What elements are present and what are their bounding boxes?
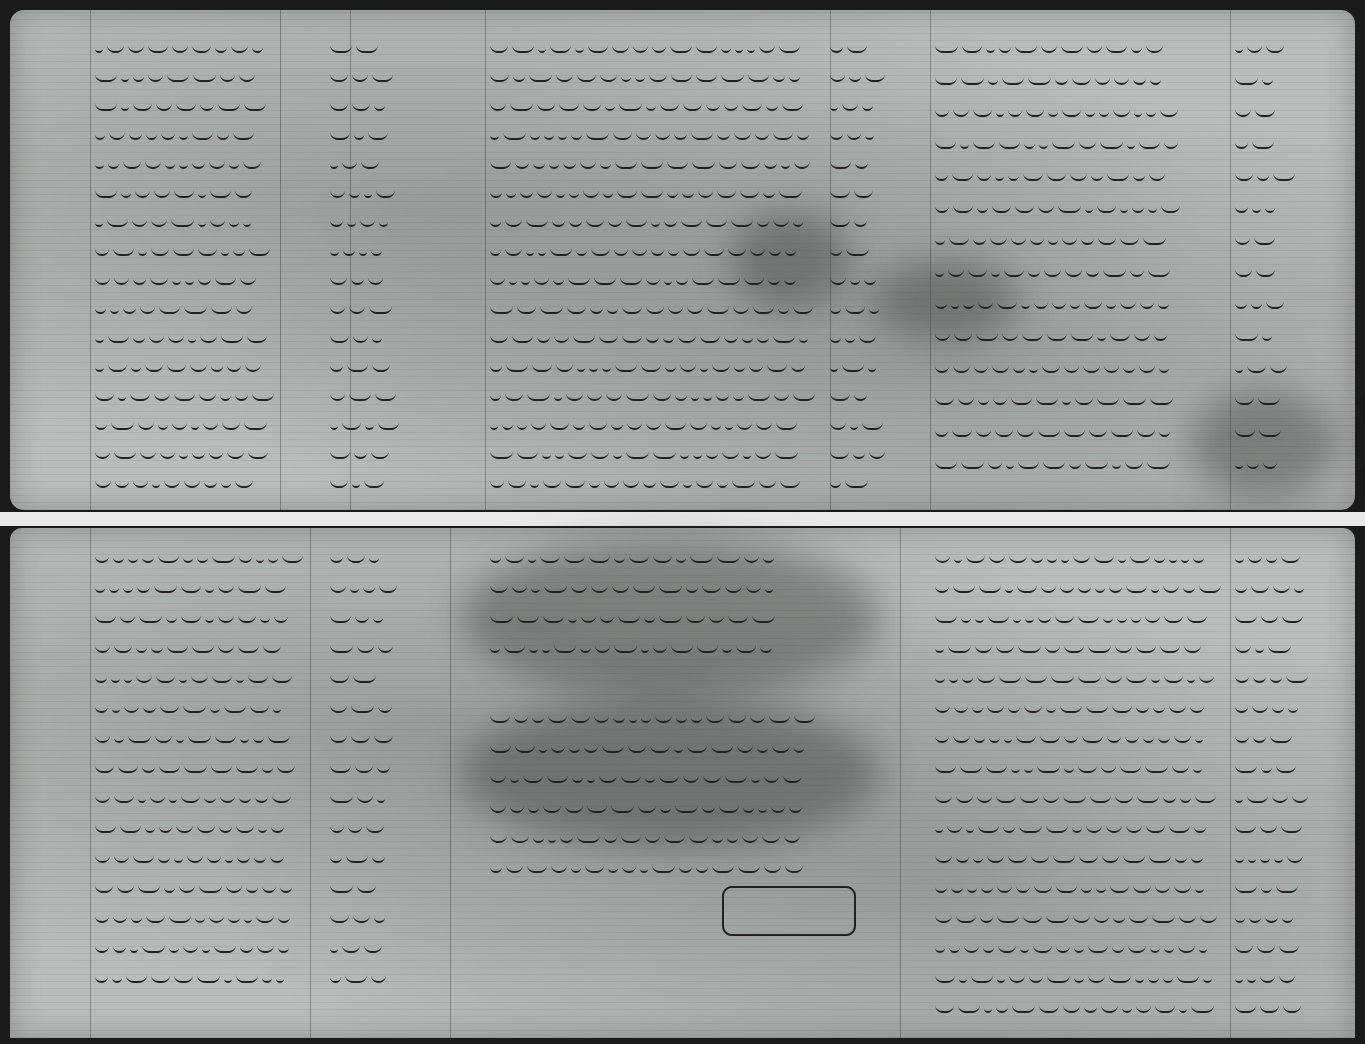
ledger-entry [935, 286, 1185, 316]
ledger-entry [95, 840, 305, 870]
ledger-entry [95, 870, 305, 900]
ledger-entry [830, 88, 890, 118]
ledger-entry [95, 720, 305, 750]
ruled-column-line [90, 10, 91, 510]
ledger-entry [490, 349, 820, 379]
ruled-column-line [900, 528, 901, 1038]
ledger-entry [95, 750, 305, 780]
ledger-entry [95, 117, 275, 147]
ledger-entry [490, 262, 820, 292]
ruled-column-line [450, 528, 451, 1038]
ledger-entry [1235, 446, 1295, 476]
ledger-entry [935, 190, 1185, 220]
ledger-entry [1235, 930, 1315, 960]
ledger-entry [935, 126, 1185, 156]
ledger-entry [1235, 286, 1295, 316]
ruled-column-line [310, 528, 311, 1038]
ledger-entry [490, 730, 820, 760]
ledger-entry [1235, 690, 1315, 720]
ledger-entry [830, 349, 890, 379]
ledger-entry [935, 810, 1225, 840]
ledger-entry [935, 158, 1185, 188]
ledger-entry [830, 378, 890, 408]
ledger-entry [330, 204, 400, 234]
ruled-column-line [1230, 528, 1231, 1038]
ledger-entry [935, 414, 1185, 444]
ledger-entry [95, 175, 275, 205]
ledger-entry [490, 291, 820, 321]
ledger-entry [490, 88, 820, 118]
ledger-entry [935, 990, 1225, 1020]
ledger-entry [490, 146, 820, 176]
ledger-entry [1235, 126, 1295, 156]
ledger-entry [935, 930, 1225, 960]
ledger-entry [330, 88, 400, 118]
ledger-entry [490, 436, 820, 466]
ledger-entry [1235, 840, 1315, 870]
ledger-entry [935, 62, 1185, 92]
ledger-entry [1235, 62, 1295, 92]
ledger-entry [330, 690, 400, 720]
ledger-entry [95, 262, 275, 292]
ledger-entry [95, 291, 275, 321]
ledger-entry [95, 900, 305, 930]
ledger-entry [490, 850, 820, 880]
ledger-entry [95, 349, 275, 379]
ledger-entry [95, 146, 275, 176]
ruled-column-line [90, 528, 91, 1038]
boxed-total: [boxed handwritten figure — illegible] [722, 886, 856, 936]
ledger-entry [1235, 222, 1295, 252]
ledger-entry [830, 59, 890, 89]
ledger-entry [95, 465, 275, 495]
ledger-entry [935, 780, 1225, 810]
ledger-entry [490, 760, 820, 790]
ledger-entry [95, 630, 305, 660]
ledger-entry [330, 291, 400, 321]
ledger-entry [490, 820, 820, 850]
ledger-entry [1235, 254, 1295, 284]
ledger-entry [330, 900, 400, 930]
ledger-entry [95, 570, 305, 600]
ledger-entry [95, 88, 275, 118]
ledger-entry [935, 630, 1225, 660]
ledger-entry [490, 540, 790, 570]
ledger-entry [95, 660, 305, 690]
ledger-entry [95, 600, 305, 630]
ledger-entry [330, 59, 400, 89]
ledger-entry [1235, 960, 1315, 990]
ledger-entry [95, 233, 275, 263]
ledger-entry [490, 30, 820, 60]
ledger-entry [95, 810, 305, 840]
ledger-entry [935, 840, 1225, 870]
ledger-entry [830, 117, 890, 147]
ledger-entry [330, 840, 400, 870]
ledger-entry [330, 175, 400, 205]
ledger-entry [830, 146, 890, 176]
ledger-entry [935, 222, 1185, 252]
ledger-entry [1235, 540, 1315, 570]
ledger-entry [95, 30, 275, 60]
ledger-entry [490, 700, 820, 730]
ledger-entry [95, 320, 275, 350]
ledger-entry [95, 780, 305, 810]
ledger-entry [1235, 158, 1295, 188]
ledger-entry [330, 630, 400, 660]
ledger-entry [490, 790, 820, 820]
ledger-entry [330, 407, 400, 437]
ledger-entry [830, 436, 890, 466]
ledger-entry [830, 407, 890, 437]
ledger-entry [935, 94, 1185, 124]
ledger-entry [1235, 870, 1315, 900]
ledger-entry [935, 750, 1225, 780]
ledger-entry [935, 540, 1225, 570]
ledger-entry [830, 204, 890, 234]
ledger-entry [1235, 600, 1315, 630]
ledger-entry [490, 233, 820, 263]
page-fold [0, 512, 1365, 526]
ledger-entry [330, 146, 400, 176]
ledger-entry [330, 960, 400, 990]
ledger-entry [330, 870, 400, 900]
ledger-entry [830, 233, 890, 263]
ledger-entry [1235, 990, 1315, 1020]
ledger-entry [1235, 810, 1315, 840]
ledger-entry [95, 436, 275, 466]
ledger-entry [330, 570, 400, 600]
ruled-column-line [485, 10, 486, 510]
ledger-entry [830, 262, 890, 292]
ledger-entry [935, 350, 1185, 380]
ledger-entry [330, 349, 400, 379]
ledger-entry [330, 117, 400, 147]
ledger-entry [95, 407, 275, 437]
ledger-entry [490, 570, 790, 600]
ledger-entry [1235, 414, 1295, 444]
ledger-entry [935, 870, 1225, 900]
ledger-entry [935, 690, 1225, 720]
ledger-entry [330, 930, 400, 960]
ledger-entry [490, 465, 820, 495]
ledger-entry [95, 960, 305, 990]
ledger-entry [1235, 30, 1295, 60]
ledger-entry [330, 378, 400, 408]
ledger-entry [490, 175, 820, 205]
ledger-entry [830, 291, 890, 321]
ledger-entry [490, 630, 790, 660]
ledger-entry [935, 318, 1185, 348]
ledger-entry [935, 30, 1185, 60]
ledger-entry [95, 378, 275, 408]
ledger-entry [935, 900, 1225, 930]
ledger-entry [490, 600, 790, 630]
ledger-entry [830, 175, 890, 205]
ledger-entry [830, 320, 890, 350]
ledger-entry [1235, 720, 1315, 750]
ledger-entry [330, 233, 400, 263]
ledger-entry [490, 204, 820, 234]
ledger-entry [935, 600, 1225, 630]
ledger-entry [330, 750, 400, 780]
ledger-entry [95, 59, 275, 89]
ledger-entry [330, 660, 400, 690]
ledger-entry [490, 378, 820, 408]
ledger-entry [1235, 660, 1315, 690]
ledger-entry [95, 540, 305, 570]
ledger-entry [95, 690, 305, 720]
ledger-entry [330, 320, 400, 350]
ledger-entry [935, 254, 1185, 284]
ledger-entry [1235, 570, 1315, 600]
ledger-entry [330, 600, 400, 630]
ledger-entry [1235, 350, 1295, 380]
ledger-entry [935, 720, 1225, 750]
ledger-entry [1235, 900, 1315, 930]
ledger-entry [1235, 190, 1295, 220]
ledger-entry [95, 204, 275, 234]
ledger-entry [935, 960, 1225, 990]
ledger-entry [490, 59, 820, 89]
ledger-entry [330, 720, 400, 750]
ledger-entry [1235, 630, 1315, 660]
ledger-entry [935, 570, 1225, 600]
ledger-entry [935, 382, 1185, 412]
ruled-column-line [280, 10, 281, 510]
ledger-entry [1235, 780, 1315, 810]
ledger-entry [830, 30, 890, 60]
ledger-entry [935, 660, 1225, 690]
ledger-entry [935, 446, 1185, 476]
ledger-entry [490, 407, 820, 437]
ledger-entry [1235, 382, 1295, 412]
ledger-entry [330, 436, 400, 466]
ledger-entry [330, 465, 400, 495]
ledger-entry [330, 262, 400, 292]
ledger-entry [330, 30, 400, 60]
ledger-entry [1235, 750, 1315, 780]
ledger-entry [490, 117, 820, 147]
ledger-entry [330, 810, 400, 840]
ledger-entry [330, 780, 400, 810]
ledger-entry [1235, 318, 1295, 348]
ledger-entry [1235, 94, 1295, 124]
ledger-entry [490, 320, 820, 350]
ledger-entry [95, 930, 305, 960]
ledger-entry [830, 465, 890, 495]
ledger-entry [330, 540, 400, 570]
